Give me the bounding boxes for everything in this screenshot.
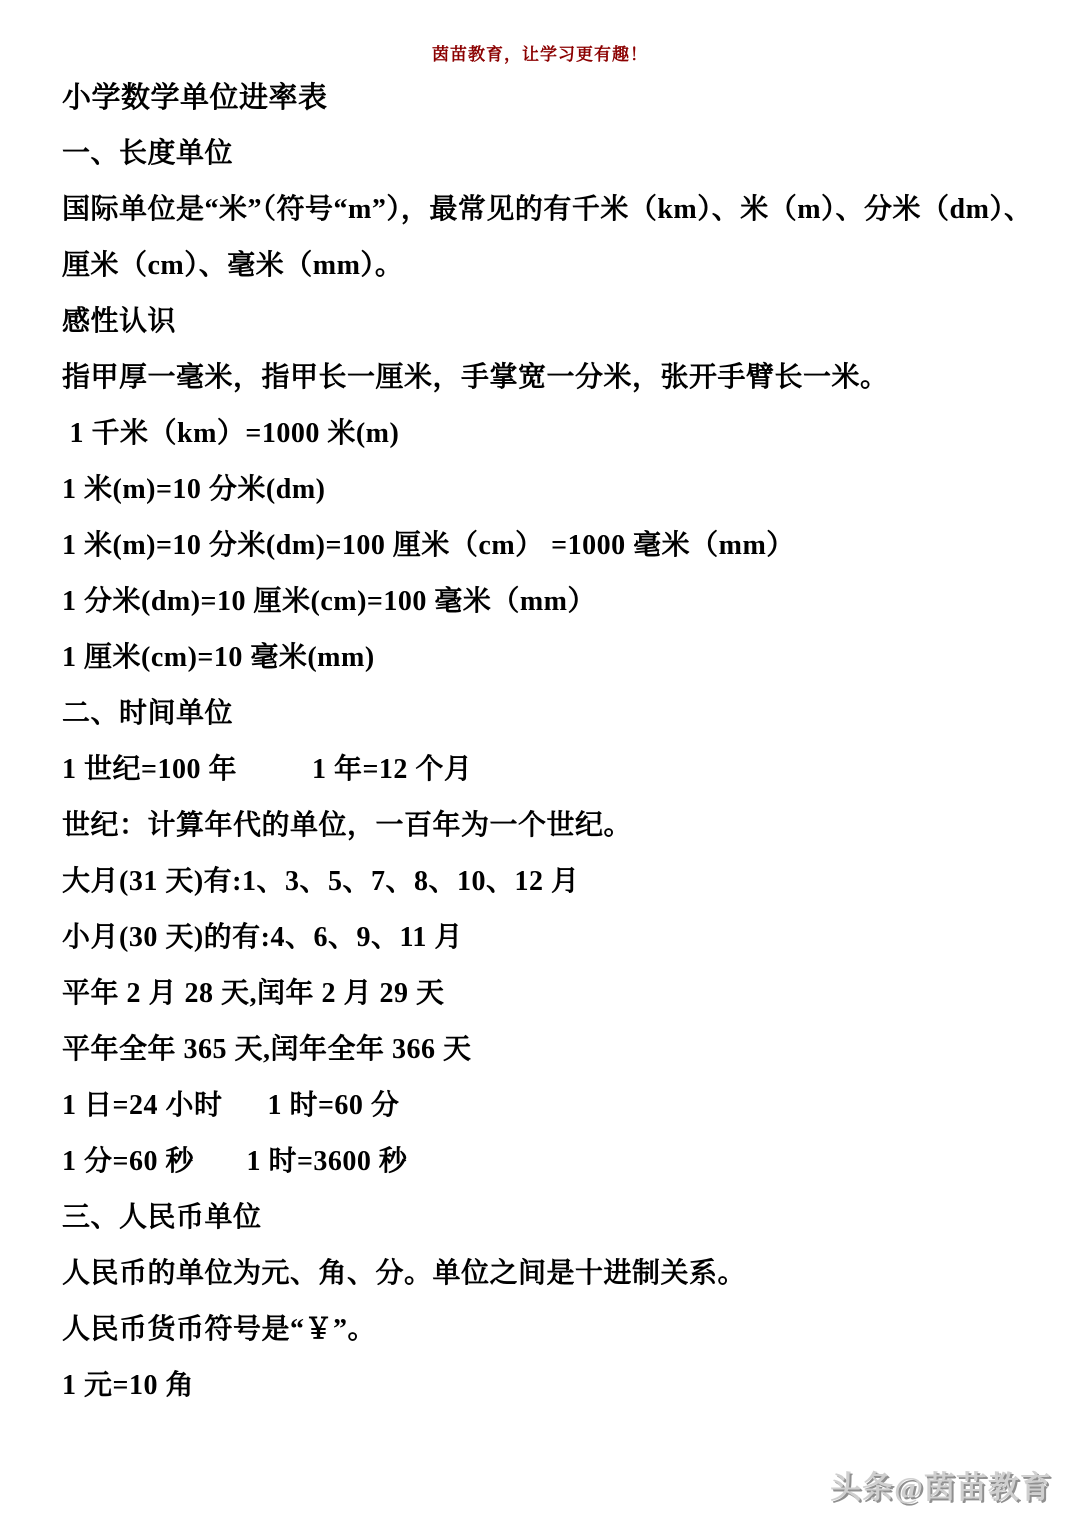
- short-months: 小月(30 天)的有:4、6、9、11 月: [62, 910, 1058, 966]
- day-hour-conversion: 1 日=24 小时 1 时=60 分: [62, 1078, 1058, 1134]
- february-days: 平年 2 月 28 天,闰年 2 月 29 天: [62, 966, 1058, 1022]
- dm-chain-conversion: 1 分米(dm)=10 厘米(cm)=100 毫米（mm）: [62, 574, 1058, 630]
- rmb-units: 人民币的单位为元、角、分。单位之间是十进制关系。: [62, 1246, 1058, 1302]
- section-3-heading: 三、人民币单位: [62, 1190, 1058, 1246]
- watermark-text: 头条@茵苗教育: [830, 1462, 1052, 1507]
- km-m-conversion: 1 千米（km）=1000 米(m): [62, 406, 1058, 462]
- document-body: 小学数学单位进率表一、长度单位国际单位是“米”（符号“m”），最常见的有千米（k…: [62, 70, 1058, 1414]
- yuan-jiao-conversion: 1 元=10 角: [62, 1358, 1058, 1414]
- document-page: 茵苗教育，让学习更有趣！ 小学数学单位进率表一、长度单位国际单位是“米”（符号“…: [0, 0, 1080, 1527]
- cm-mm-conversion: 1 厘米(cm)=10 毫米(mm): [62, 630, 1058, 686]
- long-months: 大月(31 天)有:1、3、5、7、8、10、12 月: [62, 854, 1058, 910]
- perceptual-heading: 感性认识: [62, 294, 1058, 350]
- rmb-symbol: 人民币货币符号是“￥”。: [62, 1302, 1058, 1358]
- perceptual-text: 指甲厚一毫米，指甲长一厘米，手掌宽一分米，张开手臂长一米。: [62, 350, 1058, 406]
- century-year-conversion: 1 世纪=100 年 1 年=12 个月: [62, 742, 1058, 798]
- doc-title: 小学数学单位进率表: [62, 70, 1058, 126]
- year-days: 平年全年 365 天,闰年全年 366 天: [62, 1022, 1058, 1078]
- century-definition: 世纪：计算年代的单位，一百年为一个世纪。: [62, 798, 1058, 854]
- section-2-heading: 二、时间单位: [62, 686, 1058, 742]
- minute-second-conversion: 1 分=60 秒 1 时=3600 秒: [62, 1134, 1058, 1190]
- m-dm-conversion: 1 米(m)=10 分米(dm): [62, 462, 1058, 518]
- section-1-heading: 一、长度单位: [62, 126, 1058, 182]
- header-slogan: 茵苗教育，让学习更有趣！: [0, 40, 1080, 65]
- m-chain-conversion: 1 米(m)=10 分米(dm)=100 厘米（cm） =1000 毫米（mm）: [62, 518, 1058, 574]
- length-intro: 国际单位是“米”（符号“m”），最常见的有千米（km）、米（m）、分米（dm）、…: [62, 182, 1058, 294]
